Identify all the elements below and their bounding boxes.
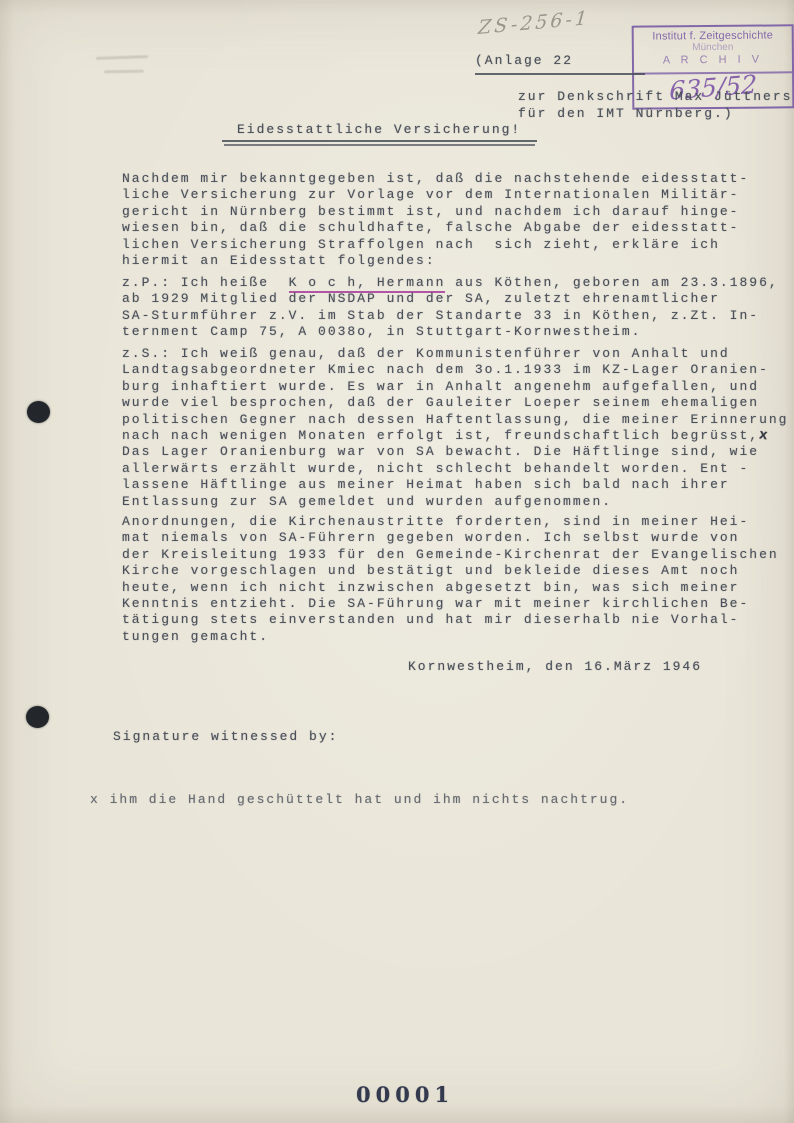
text-line: hiermit an Eidesstatt folgendes: <box>122 253 749 269</box>
text-segment: nach nach wenigen Monaten erfolgt ist, f… <box>122 428 759 443</box>
pencil-archive-code: ZS-256-1 <box>477 7 591 39</box>
paragraph-statement: z.S.: Ich weiß genau, daß der Kommuniste… <box>122 346 789 510</box>
pencil-smudge <box>104 70 144 73</box>
text-line: lassene Häftlinge aus meiner Heimat habe… <box>122 477 789 493</box>
title-underline-2 <box>224 144 535 146</box>
handwritten-footnote-mark: x <box>758 427 771 445</box>
text-line: Anordnungen, die Kirchenaustritte forder… <box>122 514 779 530</box>
text-line: der Kreisleitung 1933 für den Gemeinde-K… <box>122 547 779 563</box>
text-line: politischen Gegner nach dessen Haftentla… <box>122 412 789 428</box>
stamp-city-line: München <box>634 41 792 53</box>
reference-line-2: für den IMT Nürnberg.) <box>518 106 734 121</box>
punch-hole-bottom <box>26 706 49 728</box>
title-underline-1 <box>222 140 537 142</box>
text-line: Kenntnis entzieht. Die SA-Führung war mi… <box>122 596 779 612</box>
text-line: burg inhaftiert wurde. Es war in Anhalt … <box>122 379 789 395</box>
footnote-line: x ihm die Hand geschüttelt hat und ihm n… <box>90 792 629 807</box>
text-line: tätigung stets einverstanden und hat mir… <box>122 612 779 628</box>
text-line: allerwärts erzählt wurde, nicht schlecht… <box>122 461 789 477</box>
text-line: wiesen bin, daß die schuldhafte, falsche… <box>122 220 749 236</box>
text-line: lichen Versicherung Straffolgen nach sic… <box>122 237 749 253</box>
text-line: tungen gemacht. <box>122 629 779 645</box>
reference-line-1: zur Denkschrift Max Jüttners <box>518 89 792 104</box>
name-underlined: K o c h, Hermann <box>289 275 446 293</box>
text-line: Das Lager Oranienburg war von SA bewacht… <box>122 444 789 460</box>
stamp-archiv-line: A R C H I V <box>634 53 792 66</box>
anlage-underline <box>475 73 645 75</box>
zp-prefix: z.P.: Ich heiße <box>122 275 289 290</box>
text-line: liche Versicherung zur Vorlage vor dem I… <box>122 187 749 203</box>
text-line: SA-Sturmführer z.V. im Stab der Standart… <box>122 308 779 324</box>
punch-hole-top <box>27 401 50 423</box>
text-line: z.S.: Ich weiß genau, daß der Kommuniste… <box>122 346 789 362</box>
signature-witness-label: Signature witnessed by: <box>113 729 338 744</box>
paragraph-church: Anordnungen, die Kirchenaustritte forder… <box>122 514 779 645</box>
text-line: ternment Camp 75, A 0038o, in Stuttgart-… <box>122 324 779 340</box>
text-line: Landtagsabgeordneter Kmiec nach dem 3o.1… <box>122 362 789 378</box>
document-page: ZS-256-1 Institut f. Zeitgeschichte Münc… <box>0 0 794 1123</box>
dateline: Kornwestheim, den 16.März 1946 <box>408 659 702 674</box>
paragraph-intro: Nachdem mir bekanntgegeben ist, daß die … <box>122 171 749 269</box>
text-line: wurde viel besprochen, daß der Gauleiter… <box>122 395 789 411</box>
pencil-smudge <box>96 55 148 60</box>
text-line: gericht in Nürnberg bestimmt ist, und na… <box>122 204 749 220</box>
text-line: Kirche vorgeschlagen und bestätigt und b… <box>122 563 779 579</box>
paragraph-person: z.P.: Ich heiße K o c h, Hermann aus Köt… <box>122 275 779 341</box>
text-line: nach nach wenigen Monaten erfolgt ist, f… <box>122 428 789 444</box>
page-number-stamp: 00001 <box>356 1082 454 1107</box>
anlage-label: (Anlage 22 <box>475 53 573 68</box>
text-line: z.P.: Ich heiße K o c h, Hermann aus Köt… <box>122 275 779 291</box>
text-line: mat niemals von SA-Führern gegeben worde… <box>122 530 779 546</box>
text-line: Entlassung zur SA gemeldet und wurden au… <box>122 494 789 510</box>
document-title: Eidesstattliche Versicherung! <box>237 122 521 137</box>
text-line: ab 1929 Mitglied der NSDAP und der SA, z… <box>122 291 779 307</box>
zp-suffix: aus Köthen, geboren am 23.3.1896, <box>445 275 778 290</box>
text-line: Nachdem mir bekanntgegeben ist, daß die … <box>122 171 749 187</box>
text-line: heute, wenn ich nicht inzwischen abgeset… <box>122 580 779 596</box>
